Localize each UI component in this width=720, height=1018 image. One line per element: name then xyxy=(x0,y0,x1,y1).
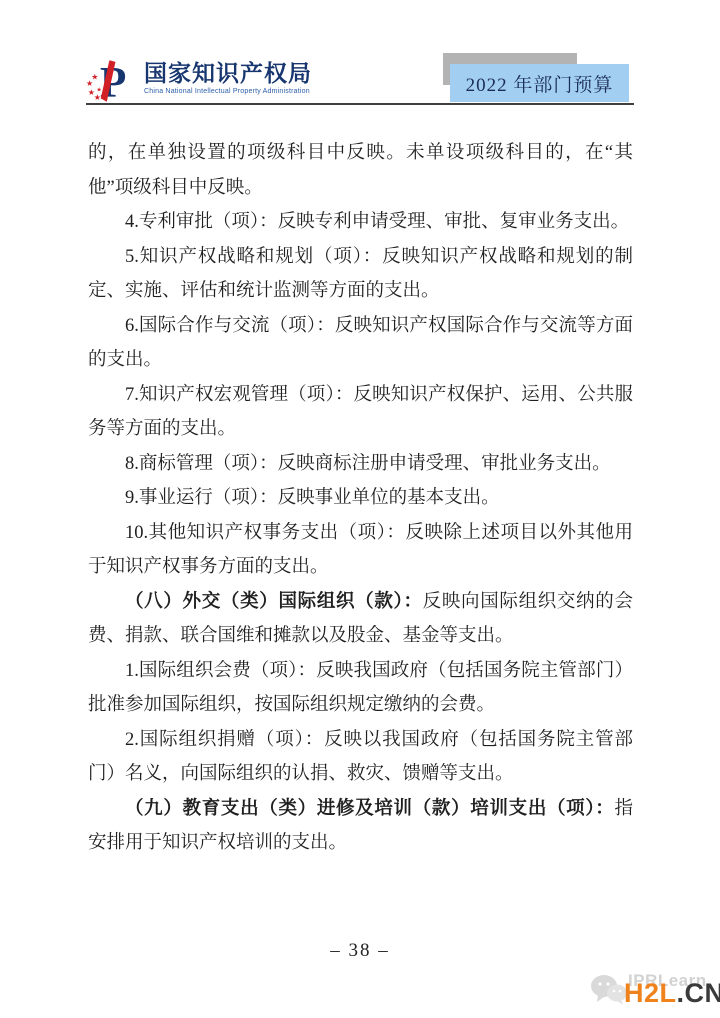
document-page: P ★ ★ ★ ★ ★ 国家知识产权局 China National Intel… xyxy=(0,0,720,1018)
paragraph: 4.专利审批（项）：反映专利申请受理、审批、复审业务支出。 xyxy=(88,205,633,240)
cnipa-logo-icon: P ★ ★ ★ ★ ★ xyxy=(86,56,138,106)
svg-text:★: ★ xyxy=(94,93,101,102)
paragraph: 8.商标管理（项）：反映商标注册申请受理、审批业务支出。 xyxy=(88,447,633,482)
paragraph: 10.其他知识产权事务支出（项）：反映除上述项目以外其他用于知识产权事务方面的支… xyxy=(88,516,633,585)
org-name-en: China National Intellectual Property Adm… xyxy=(144,88,312,95)
paragraph: 9.事业运行（项）：反映事业单位的基本支出。 xyxy=(88,481,633,516)
paragraph: 1.国际组织会费（项）：反映我国政府（包括国务院主管部门）批准参加国际组织，按国… xyxy=(88,654,633,723)
paragraph: 7.知识产权宏观管理（项）：反映知识产权保护、运用、公共服务等方面的支出。 xyxy=(88,378,633,447)
org-logo: P ★ ★ ★ ★ ★ 国家知识产权局 China National Intel… xyxy=(86,56,312,106)
watermark-brand: H2L.CN xyxy=(624,978,720,1009)
paragraph: 6.国际合作与交流（项）：反映知识产权国际合作与交流等方面的支出。 xyxy=(88,309,633,378)
org-name-cn: 国家知识产权局 xyxy=(144,60,312,86)
paragraph: （九）教育支出（类）进修及培训（款）培训支出（项）：指安排用于知识产权培训的支出… xyxy=(88,792,633,861)
paragraph: 5.知识产权战略和规划（项）：反映知识产权战略和规划的制定、实施、评估和统计监测… xyxy=(88,240,633,309)
paragraph: （八）外交（类）国际组织（款）：反映向国际组织交纳的会费、捐款、联合国维和摊款以… xyxy=(88,585,633,654)
wechat-icon xyxy=(590,972,628,1006)
header-divider xyxy=(86,103,634,105)
brand-orange: H2L xyxy=(624,978,677,1008)
brand-dark: .CN xyxy=(677,978,720,1008)
svg-text:★: ★ xyxy=(96,86,101,93)
org-names: 国家知识产权局 China National Intellectual Prop… xyxy=(144,56,312,95)
paragraph: 的，在单独设置的项级科目中反映。未单设项级科目的，在“其他”项级科目中反映。 xyxy=(88,136,633,205)
svg-text:★: ★ xyxy=(91,72,98,81)
body-text: 的，在单独设置的项级科目中反映。未单设项级科目的，在“其他”项级科目中反映。 4… xyxy=(88,136,633,861)
budget-year-badge: 2022 年部门预算 xyxy=(450,64,629,102)
watermark: IPRLearn H2L.CN xyxy=(588,965,720,1018)
page-number: – 38 – xyxy=(0,940,720,962)
paragraph: 2.国际组织捐赠（项）：反映以我国政府（包括国务院主管部门）名义，向国际组织的认… xyxy=(88,723,633,792)
